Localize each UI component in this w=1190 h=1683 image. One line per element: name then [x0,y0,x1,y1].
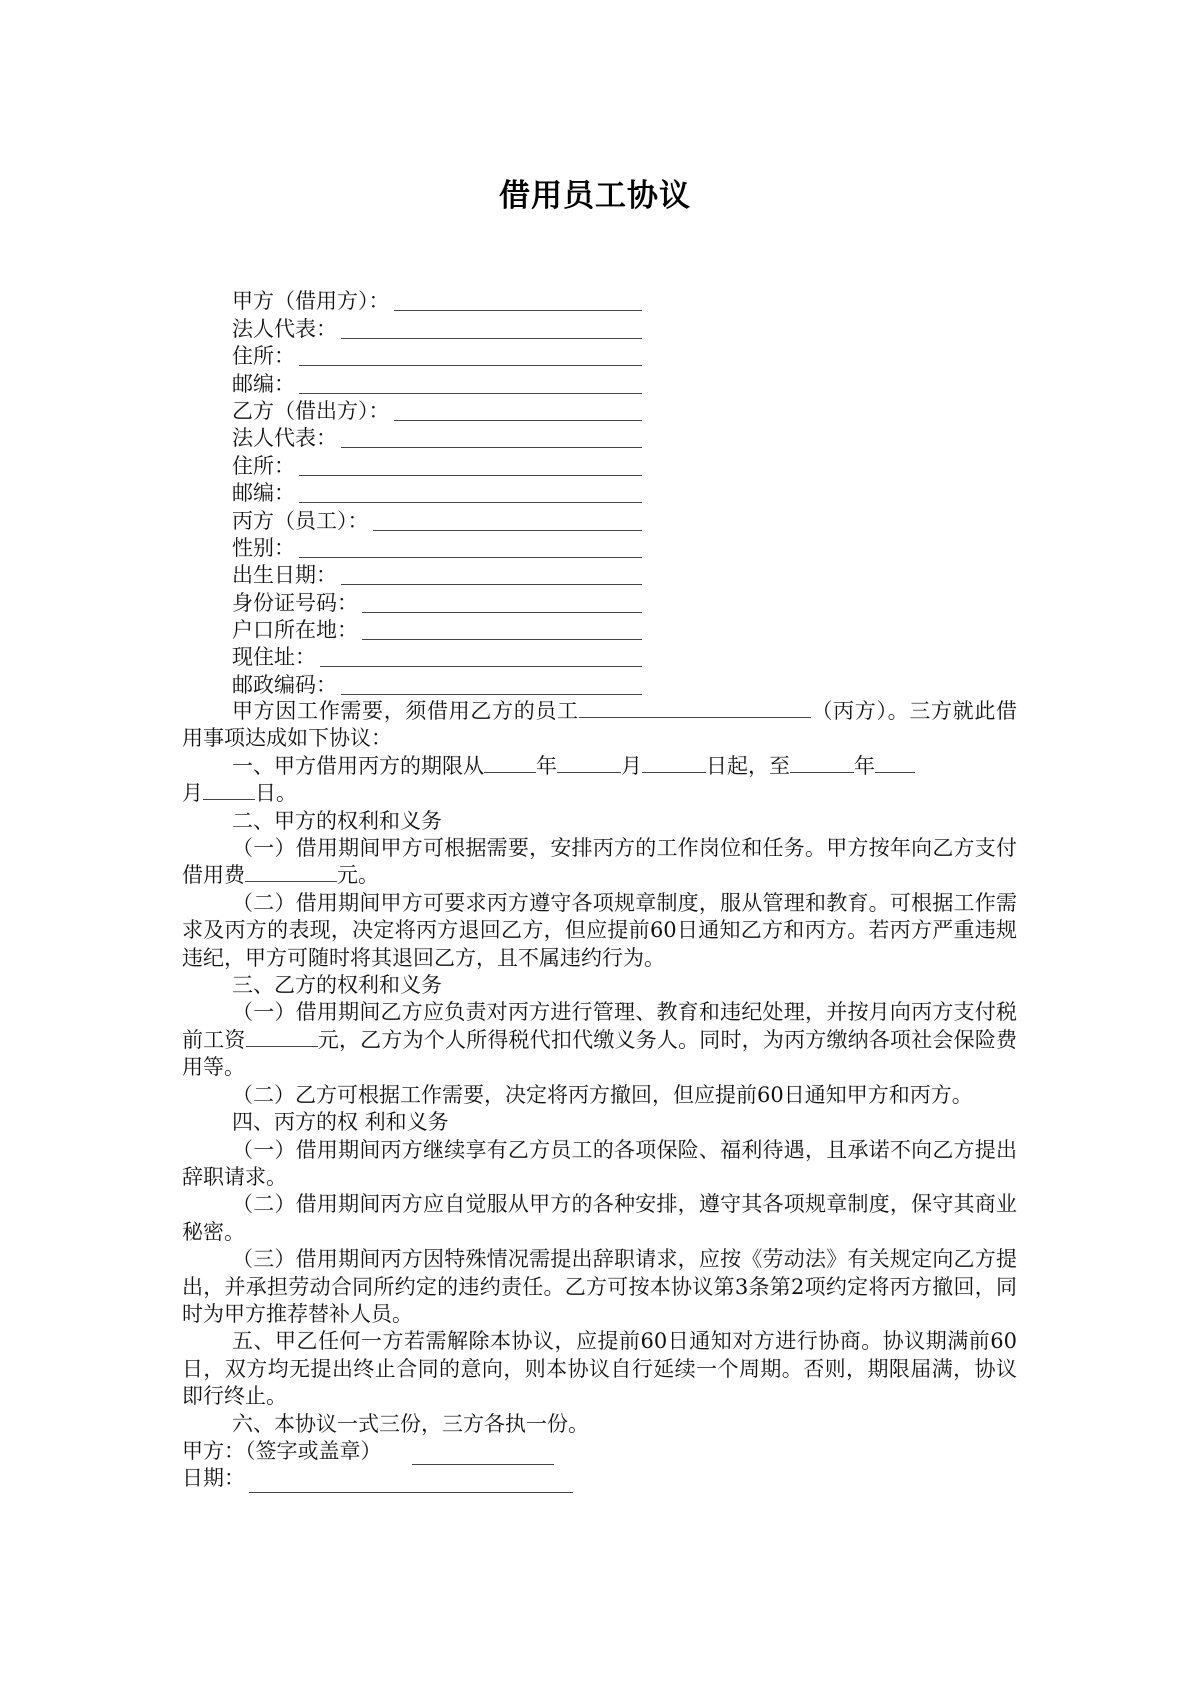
field-gender: 性别： [232,535,642,562]
blank-line[interactable] [299,474,642,476]
blank-line[interactable] [299,556,642,558]
clause-text: 年 [536,754,557,778]
blank-line[interactable] [299,364,642,366]
field-birth-date: 出生日期： [232,562,642,589]
field-party-b-legal-rep: 法人代表： [232,425,642,452]
agreement-body: 甲方因工作需要，须借用乙方的员工（丙方）。三方就此借用事项达成如下协议： 一、甲… [182,698,1017,1493]
field-party-a: 甲方（借用方）： [232,288,642,315]
field-label: 住所： [232,343,295,370]
field-label: 性别： [232,535,295,562]
blank-line[interactable] [362,638,642,640]
blank-line[interactable] [341,583,642,585]
blank-line[interactable] [373,529,643,531]
clause-text: 年 [854,754,875,778]
field-label: 身份证号码： [232,590,358,617]
field-label: 乙方（借出方）： [232,398,390,425]
clause-6-copies: 六、本协议一式三份，三方各执一份。 [182,1411,1017,1438]
blank-line[interactable] [299,392,642,394]
end-day-blank[interactable] [203,781,255,800]
section-2-heading: 二、甲方的权利和义务 [182,808,1017,835]
field-label: 法人代表： [232,316,337,343]
intro-paragraph: 甲方因工作需要，须借用乙方的员工（丙方）。三方就此借用事项达成如下协议： [182,698,1017,753]
clause-text: 日起，至 [706,754,790,778]
section-2-item-2: （二）借用期间甲方可要求丙方遵守各项规章制度，服从管理和教育。可根据工作需求及丙… [182,890,1017,972]
section-4-item-1: （一）借用期间丙方继续享有乙方员工的各项保险、福利待遇，且承诺不向乙方提出辞职请… [182,1137,1017,1192]
end-month-blank-a[interactable] [875,754,915,773]
blank-line[interactable] [362,611,642,613]
intro-text: 甲方因工作需要，须借用乙方的员工 [232,699,579,723]
field-label: 出生日期： [232,562,337,589]
document-title: 借用员工协议 [0,170,1190,215]
field-postal-code: 邮政编码： [232,671,642,698]
employee-name-blank[interactable] [579,699,811,718]
section-3-item-2: （二）乙方可根据工作需要，决定将丙方撤回，但应提前60日通知甲方和丙方。 [182,1082,1017,1109]
party-info-fields: 甲方（借用方）： 法人代表： 住所： 邮编： 乙方（借出方）： 法人代表： 住所… [232,288,642,699]
field-label: 邮编： [232,371,295,398]
field-label: 邮政编码： [232,672,337,699]
section-3-heading: 三、乙方的权利和义务 [182,972,1017,999]
field-hukou-location: 户口所在地： [232,617,642,644]
field-party-c: 丙方（员工）： [232,507,642,534]
blank-line[interactable] [394,309,643,311]
date-label: 日期： [182,1465,245,1492]
date-blank[interactable] [249,1474,573,1493]
section-2-item-1: （一）借用期间甲方可根据需要，安排丙方的工作岗位和任务。甲方按年向乙方支付借用费… [182,835,1017,890]
blank-line[interactable] [341,337,642,339]
blank-line[interactable] [320,665,642,667]
blank-line[interactable] [341,446,642,448]
field-party-b: 乙方（借出方）： [232,398,642,425]
blank-line[interactable] [299,501,642,503]
section-4-item-3: （三）借用期间丙方因特殊情况需提出辞职请求，应按《劳动法》有关规定向乙方提出，并… [182,1246,1017,1328]
start-year-blank[interactable] [484,754,536,773]
field-id-number: 身份证号码： [232,589,642,616]
blank-line[interactable] [341,693,642,695]
field-party-a-address: 住所： [232,343,642,370]
blank-line[interactable] [394,419,643,421]
salary-blank[interactable] [246,1028,318,1047]
field-label: 法人代表： [232,425,337,452]
start-month-blank[interactable] [557,754,621,773]
clause-text: 元。 [337,863,379,887]
signature-blank[interactable] [412,1446,554,1465]
field-label: 邮编： [232,480,295,507]
signature-label: 甲方：（签字或盖章） [182,1438,382,1465]
field-current-address: 现住址： [232,644,642,671]
clause-5-termination: 五、甲乙任何一方若需解除本协议，应提前60日通知对方进行协商。协议期满前60日，… [182,1328,1017,1410]
clause-1-term: 一、甲方借用丙方的期限从年月日起，至年月日。 [182,753,1017,808]
start-day-blank[interactable] [642,754,706,773]
signature-party-a: 甲方：（签字或盖章） [182,1438,1017,1465]
borrow-fee-blank[interactable] [245,863,337,882]
field-label: 现住址： [232,644,316,671]
clause-text: 日。 [255,781,297,805]
section-3-item-1: （一）借用期间乙方应负责对丙方进行管理、教育和违纪处理，并按月向丙方支付税前工资… [182,999,1017,1081]
field-label: 住所： [232,453,295,480]
section-4-heading: 四、丙方的权 利和义务 [182,1109,1017,1136]
field-party-b-address: 住所： [232,452,642,479]
field-label: 户口所在地： [232,617,358,644]
field-party-b-postcode: 邮编： [232,480,642,507]
field-label: 甲方（借用方）： [232,288,390,315]
signature-date: 日期： [182,1465,1017,1492]
section-4-item-2: （二）借用期间丙方应自觉服从甲方的各种安排，遵守其各项规章制度，保守其商业秘密。 [182,1191,1017,1246]
clause-text: 一、甲方借用丙方的期限从 [232,754,484,778]
end-year-blank[interactable] [790,754,854,773]
field-party-a-postcode: 邮编： [232,370,642,397]
field-label: 丙方（员工）： [232,508,369,535]
clause-text: 月 [621,754,642,778]
clause-text: 月 [182,781,203,805]
field-party-a-legal-rep: 法人代表： [232,315,642,342]
